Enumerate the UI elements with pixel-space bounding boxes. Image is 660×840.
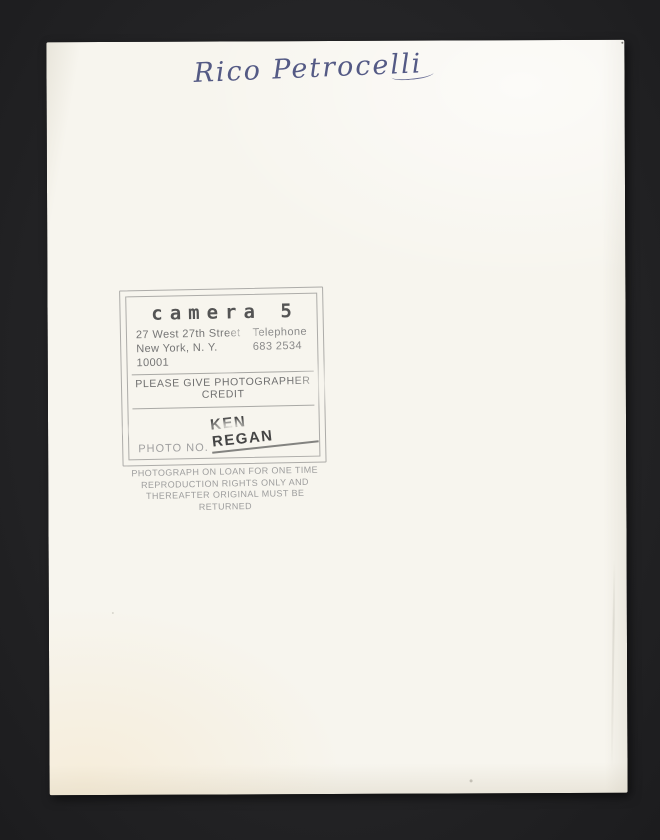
stamp-address-line1: 27 West 27th Street (136, 326, 253, 342)
stamp-phone-number: 683 2534 (253, 339, 308, 354)
photo-back-paper: Rico Petrocelli camera 5 27 West 27th St… (46, 40, 627, 796)
stamp-address-block: 27 West 27th Street New York, N. Y. 1000… (127, 322, 318, 371)
camera5-stamp: camera 5 27 West 27th Street New York, N… (119, 286, 326, 466)
stamp-credit-line: PLEASE GIVE PHOTOGRAPHER CREDIT (128, 372, 319, 405)
stamp-inner-border: camera 5 27 West 27th Street New York, N… (125, 293, 320, 461)
stamp-agency-name: camera 5 (126, 300, 316, 326)
stamp-phone-label: Telephone (252, 325, 307, 340)
stamp-conditions-line3: THEREAFTER ORIGINAL MUST BE RETURNED (130, 488, 320, 515)
signature-flourish (391, 69, 434, 81)
stamp-photo-no-label: PHOTO NO. (138, 442, 209, 455)
stamp-address-column: 27 West 27th Street New York, N. Y. 1000… (136, 326, 253, 370)
stamp-conditions-block: PHOTOGRAPH ON LOAN FOR ONE TIME REPRODUC… (130, 465, 321, 515)
paper-speck (621, 42, 623, 44)
stamp-address-line2: New York, N. Y. 10001 (136, 340, 253, 370)
paper-crease (611, 560, 616, 770)
stamp-phone-column: Telephone 683 2534 (252, 325, 307, 368)
paper-speck (112, 612, 114, 614)
stamp-photographer-name: KEN REGAN (208, 405, 319, 453)
paper-speck (470, 779, 473, 782)
stamp-photo-number-row: PHOTO NO. KEN REGAN (138, 415, 320, 456)
handwritten-signature: Rico Petrocelli (193, 48, 424, 89)
